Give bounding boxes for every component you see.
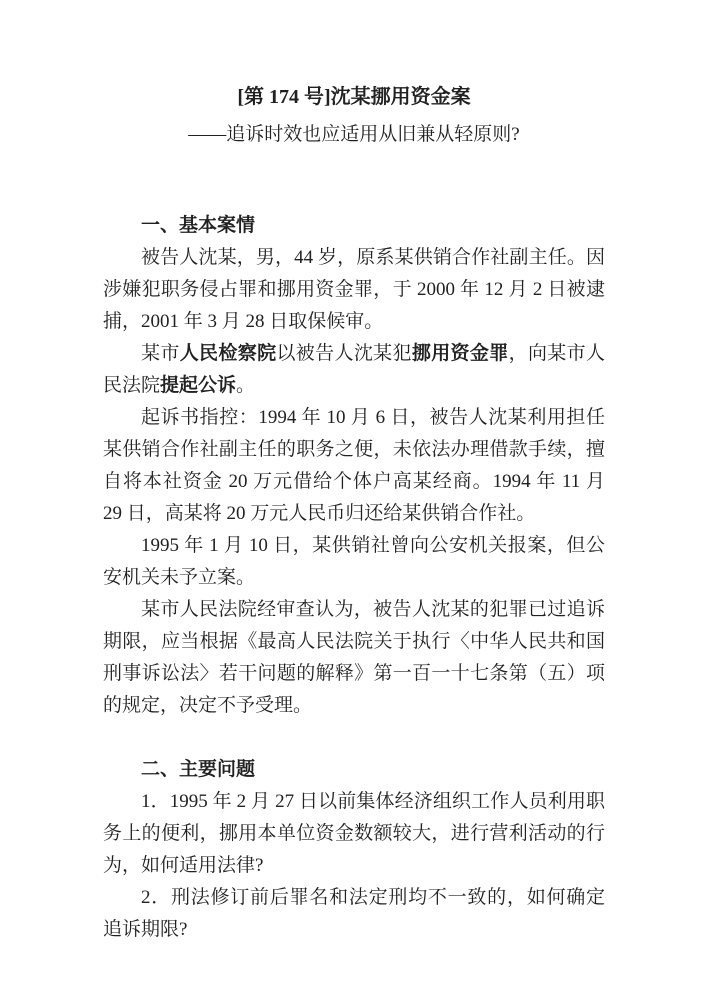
text-run: 某市人民法院经审查认为，被告人沈某的犯罪已过追诉期限，应当根据《最高人民法院关于… [103,599,605,716]
text-run: 某市 [141,343,180,364]
section-heading-basic-facts: 一、基本案情 [103,210,605,242]
paragraph: 1．1995 年 2 月 27 日以前集体经济组织工作人员利用职务上的便利，挪用… [103,786,605,882]
text-run-bold: 人民检察院 [180,343,277,364]
document-page: [第 174 号]沈某挪用资金案 ——追诉时效也应适用从旧兼从轻原则? 一、基本… [0,0,707,999]
text-run: 1．1995 年 2 月 27 日以前集体经济组织工作人员利用职务上的便利，挪用… [103,791,605,876]
paragraph: 某市人民检察院以被告人沈某犯挪用资金罪，向某市人民法院提起公诉。 [103,338,605,402]
text-run-bold: 挪用资金罪 [412,343,509,364]
text-run-bold: 提起公诉 [160,375,236,396]
paragraph: 2．刑法修订前后罪名和法定刑均不一致的，如何确定追诉期限? [103,882,605,946]
page-title: [第 174 号]沈某挪用资金案 [103,84,605,110]
text-run: 起诉书指控：1994 年 10 月 6 日，被告人沈某利用担任某供销合作社副主任… [103,407,605,524]
text-run: 。 [236,375,255,396]
paragraph: 1995 年 1 月 10 日，某供销社曾向公安机关报案，但公安机关未予立案。 [103,530,605,594]
text-run: 以被告人沈某犯 [276,343,411,364]
paragraph: 被告人沈某，男，44 岁，原系某供销合作社副主任。因涉嫌犯职务侵占罪和挪用资金罪… [103,242,605,338]
text-run: 1995 年 1 月 10 日，某供销社曾向公安机关报案，但公安机关未予立案。 [103,535,605,588]
page-subtitle: ——追诉时效也应适用从旧兼从轻原则? [103,122,605,148]
document-content: [第 174 号]沈某挪用资金案 ——追诉时效也应适用从旧兼从轻原则? 一、基本… [0,0,707,946]
paragraph: 起诉书指控：1994 年 10 月 6 日，被告人沈某利用担任某供销合作社副主任… [103,402,605,530]
section-heading-main-issues: 二、主要问题 [103,754,605,786]
paragraph: 某市人民法院经审查认为，被告人沈某的犯罪已过追诉期限，应当根据《最高人民法院关于… [103,594,605,722]
text-run: 2．刑法修订前后罪名和法定刑均不一致的，如何确定追诉期限? [103,887,605,940]
text-run: 被告人沈某，男，44 岁，原系某供销合作社副主任。因涉嫌犯职务侵占罪和挪用资金罪… [103,247,605,332]
